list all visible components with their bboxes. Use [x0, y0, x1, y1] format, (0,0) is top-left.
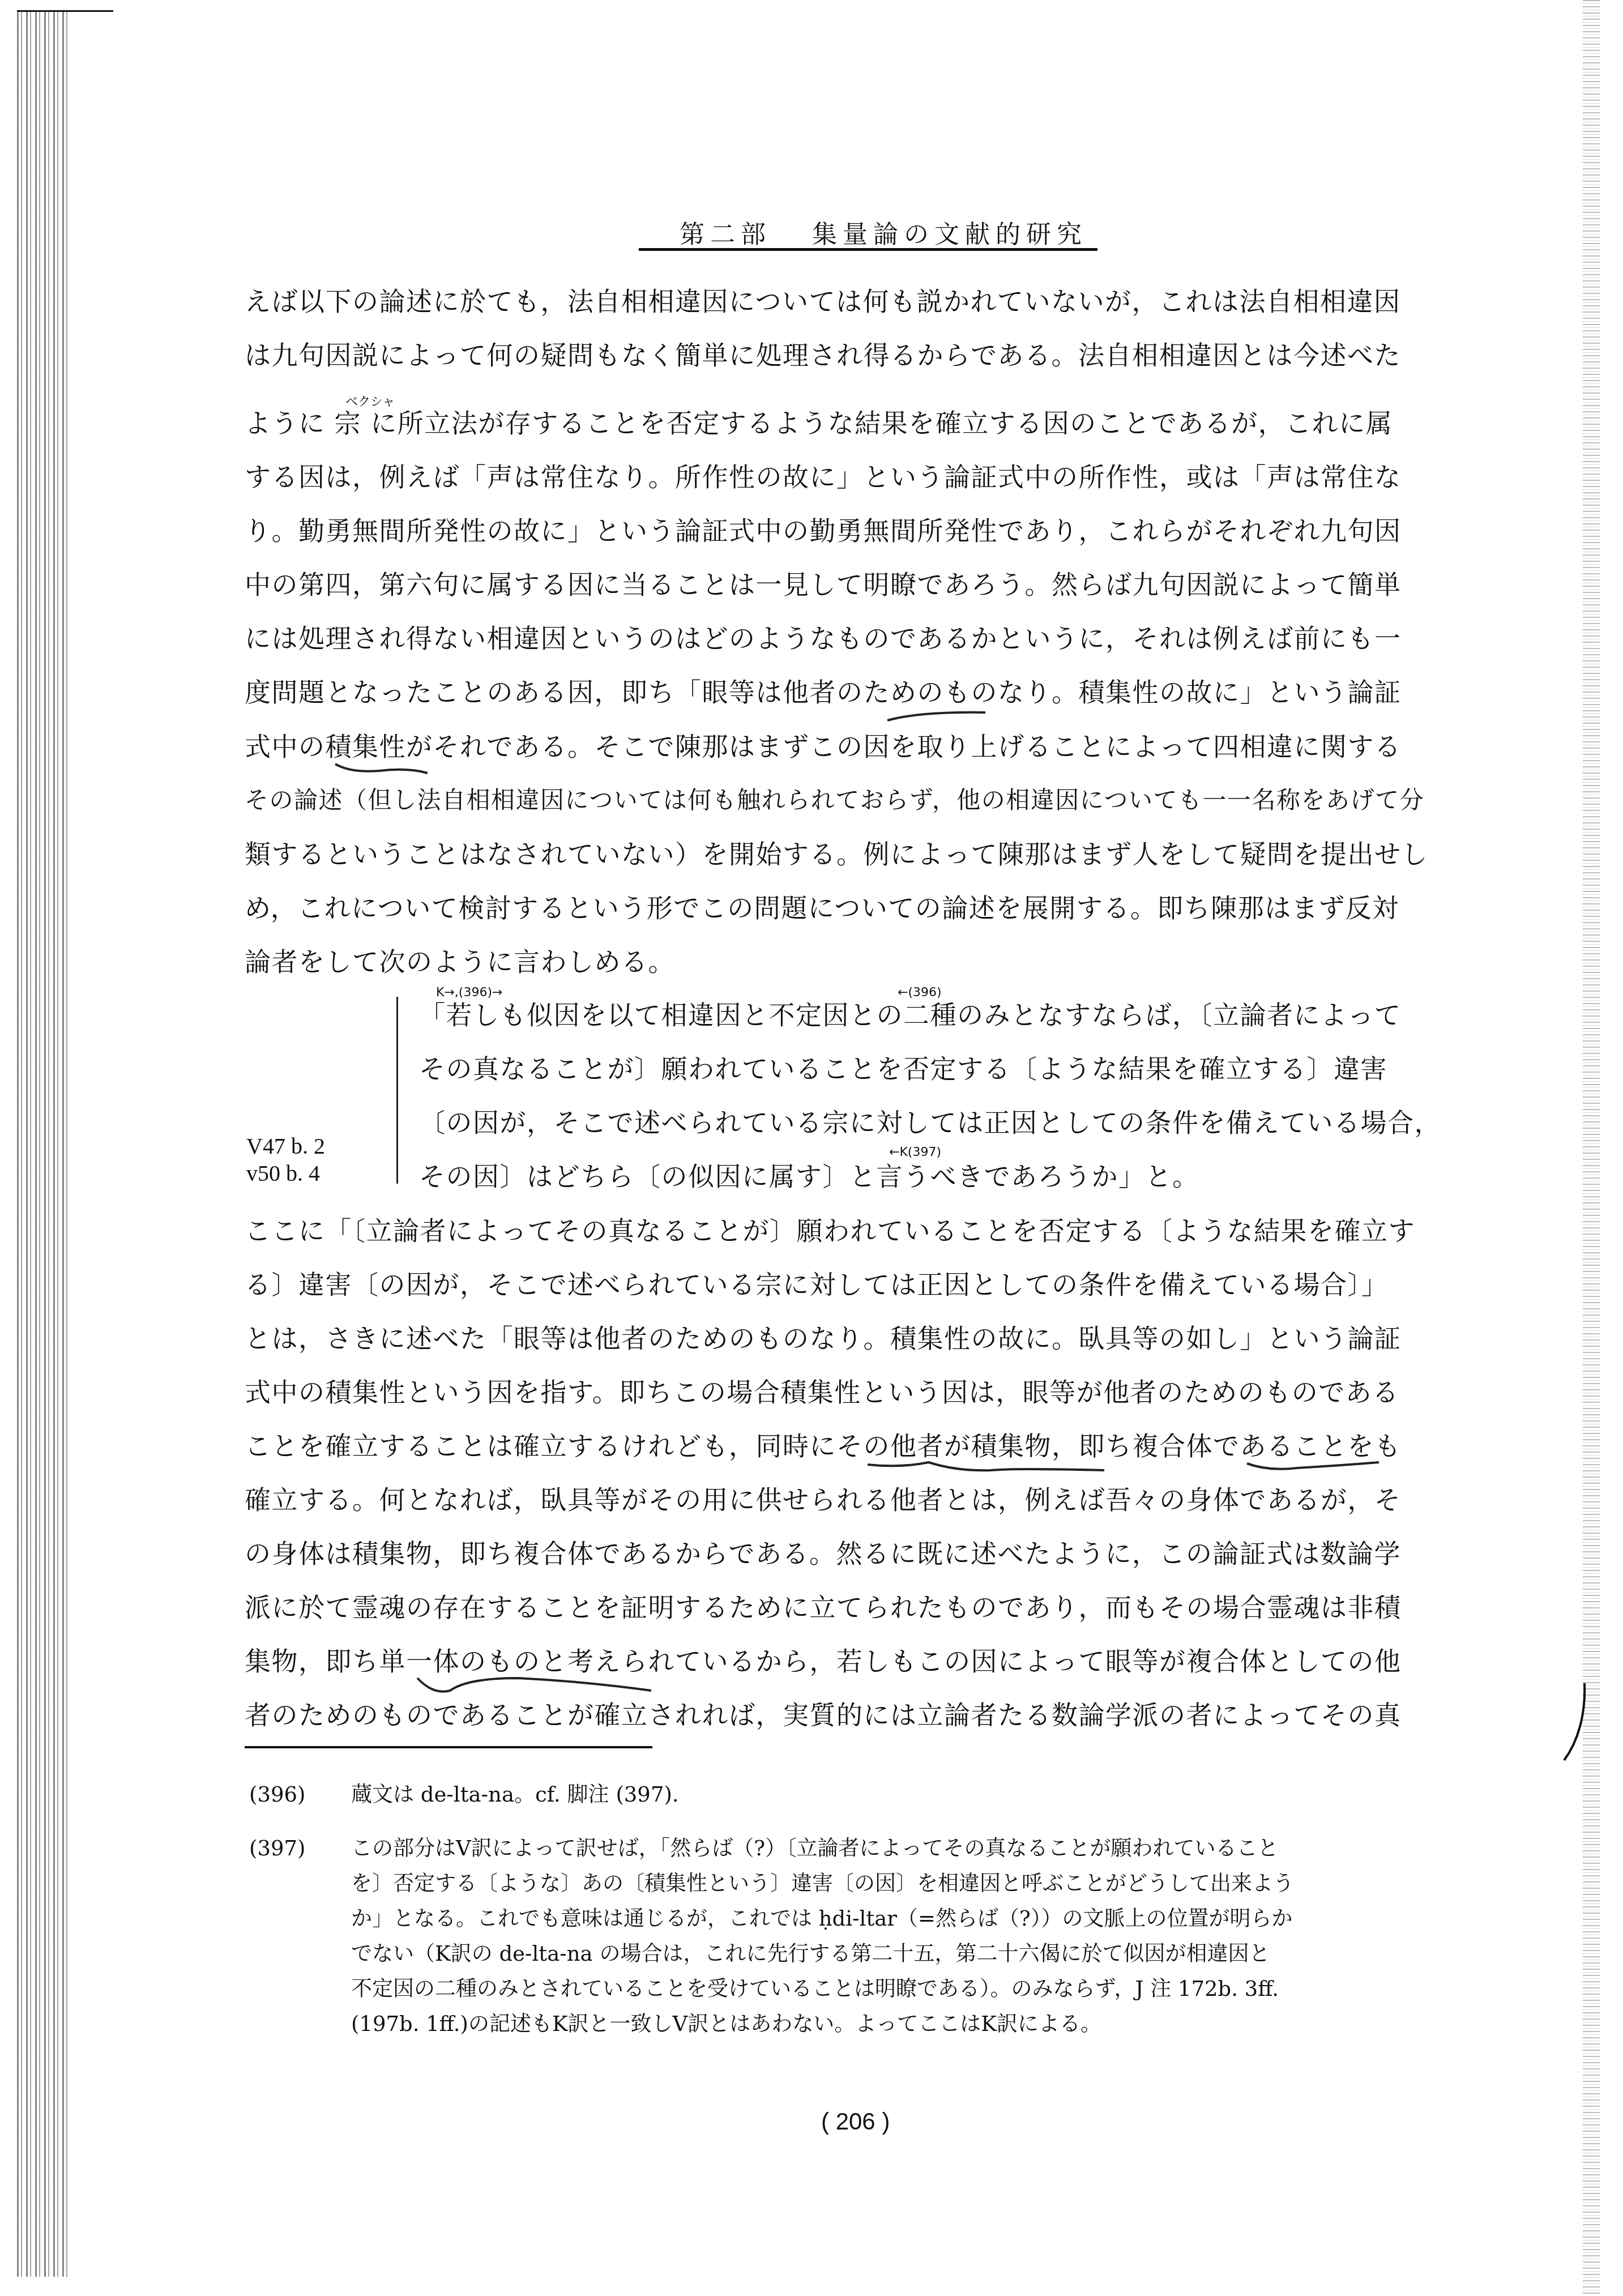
footnote-rule [245, 1746, 652, 1748]
running-header: 第二部 集量論の文献的研究 [646, 214, 1121, 250]
body-line: の身体は積集物，即ち複合体であるからである。然るに既に述べたように，この論証式は… [245, 1537, 1401, 1571]
pencil-underline [866, 1460, 1104, 1475]
header-rule [639, 248, 1097, 251]
footnote-line: か」となる。これでも意味は通じるが，これでは ḥdi-ltar（=然らば（?））… [351, 1905, 1292, 1932]
footnote-line: この部分はV訳によって訳せば，「然らば（?）〔立論者によってその真なることが願わ… [351, 1835, 1279, 1862]
pencil-underline [886, 708, 988, 723]
body-line: 確立する。何となれば，臥具等がその用に供せられる他者とは，例えば吾々の身体である… [245, 1483, 1402, 1517]
body-line: 式中の積集性という因を指す。即ちこの場合積集性という因は，眼等が他者のためのもの… [245, 1375, 1399, 1409]
quote-side-bar [396, 997, 398, 1184]
body-line: 派に於て霊魂の存在することを証明するために立てられたものであり，而もその場合霊魂… [245, 1590, 1402, 1624]
body-line: ことを確立することは確立するけれども，同時にその他者が積集物，即ち複合体であるこ… [245, 1429, 1402, 1463]
footnote-line: (197b. 1ff.)の記述もK訳と一致しV訳とはあわない。よってここはK訳に… [351, 2011, 1101, 2038]
body-line: 論者をして次のように言わしめる。 [245, 945, 675, 979]
pencil-underline [416, 1674, 654, 1696]
body-line: ここに「〔立論者によってその真なることが〕願われていることを否定する〔ような結果… [245, 1214, 1415, 1248]
body-line: する因は，例えば「声は常住なり。所作性の故に」という論証式中の所作性，或は「声は… [245, 460, 1402, 494]
scan-edge-right [1583, 0, 1600, 2296]
version-ref: V47 b. 2 [246, 1133, 325, 1159]
body-line: る〕違害〔の因が，そこで述べられている宗に対しては正因としての条件を備えている場… [245, 1268, 1389, 1301]
footnote-number: (397) [249, 1835, 306, 1862]
footnote-number: (396) [249, 1781, 306, 1808]
marker-k-397: ←K(397) [889, 1145, 941, 1159]
body-line: 者のためのものであることが確立されれば，実質的には立論者たる数論学派の者によって… [245, 1698, 1402, 1732]
version-ref: v50 b. 4 [246, 1160, 320, 1187]
footnote-line: 蔵文は de-lta-na。cf. 脚注 (397). [351, 1781, 679, 1808]
margin-pencil-mark [1563, 1682, 1597, 1761]
body-line: えば以下の論述に於ても，法自相相違因については何も説かれていないが，これは法自相… [245, 284, 1401, 318]
pencil-underline [1246, 1460, 1382, 1475]
body-line: め，これについて検討するという形でこの問題についての論述を展開する。即ち陳那はま… [245, 891, 1399, 925]
page-number: ( 206 ) [821, 2108, 890, 2135]
scan-edge-rule [17, 10, 113, 12]
pencil-underline [334, 762, 430, 776]
body-line: 中の第四，第六句に属する因に当ることは一見して明瞭であろう。然らば九句因説によっ… [245, 567, 1402, 601]
body-line: 類するということはなされていない）を開始する。例によって陳那はまず人をして疑問を… [245, 837, 1428, 871]
body-line: 集物，即ち単一体のものと考えられているから，若しもこの因によって眼等が複合体とし… [245, 1644, 1402, 1678]
body-line: り。勤勇無間所発性の故に」という論証式中の勤勇無間所発性であり，これらがそれぞれ… [245, 514, 1402, 548]
footnote-line: を〕否定する〔ような〕あの〔積集性という〕違害〔の因〕を相違因と呼ぶことがどうし… [351, 1870, 1294, 1897]
body-line: は九句因説によって何の疑問もなく簡単に処理され得るからである。法自相相違因とは今… [245, 338, 1401, 372]
quote-line: 〔の因が，そこで述べられている宗に対しては正因としての条件を備えている場合， [419, 1106, 1441, 1140]
header-part: 第二部 [680, 220, 771, 249]
header-title: 集量論の文献的研究 [812, 220, 1087, 249]
body-line: 度問題となったことのある因，即ち「眼等は他者のためのものなり。積集性の故に」とい… [245, 675, 1402, 709]
quote-line: 「若しも似因を以て相違因と不定因との二種のみとなすならば，〔立論者によって [419, 998, 1402, 1032]
footnote-line: でない（K訳の de-lta-na の場合は，これに先行する第二十五，第二十六偈… [351, 1940, 1270, 1968]
body-line: とは，さきに述べた「眼等は他者のためのものなり。積集性の故に。臥具等の如し」とい… [245, 1321, 1402, 1355]
footnote-line: 不定因の二種のみとされていることを受けていることは明瞭である）。のみならず，J … [351, 1975, 1279, 2003]
body-line: ように 宗 に所立法が存することを否定するような結果を確立する因のことであるが，… [245, 406, 1393, 440]
body-line: その論述（但し法自相相違因については何も触れられておらず，他の相違因についても一… [245, 783, 1424, 817]
quote-line: その真なることが〕願われていることを否定する〔ような結果を確立する〕違害 [419, 1052, 1387, 1086]
scan-edge-left [17, 11, 68, 2277]
body-line: には処理され得ない相違因というのはどのようなものであるかというに，それは例えば前… [245, 621, 1402, 655]
quote-line: その因〕はどちら〔の似因に属す〕と言うべきであろうか」と。 [419, 1159, 1199, 1193]
body-line: 式中の積集性がそれである。そこで陳那はまずこの因を取り上げることによって四相違に… [245, 729, 1402, 763]
